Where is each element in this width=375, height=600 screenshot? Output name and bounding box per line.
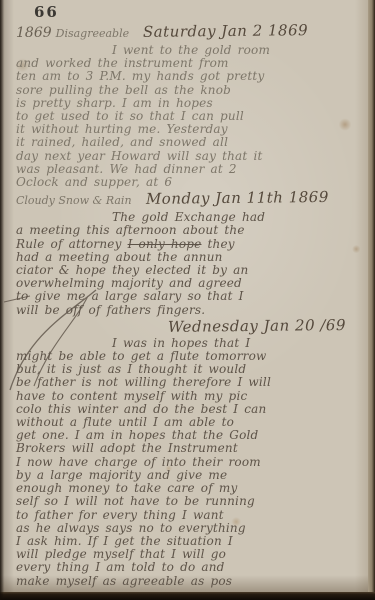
journal-entry-jan-2: 1869 Disagreeable Saturday Jan 2 1869 I … <box>16 22 359 189</box>
journal-line: self so I will not have to be running <box>16 495 359 508</box>
year-note: 1869 <box>16 23 52 43</box>
journal-line: sore pulling the bell as the knob <box>16 84 359 97</box>
entry-header: 1869 Disagreeable Saturday Jan 2 1869 <box>16 22 359 44</box>
entry-header: Cloudy Snow & Rain Monday Jan 11th 1869 <box>16 189 359 211</box>
entry-body: I was in hopes that Imight be able to ge… <box>16 337 359 588</box>
margin-notes: Cloudy Snow & Rain <box>16 191 132 211</box>
entry-body: I went to the gold roomand worked the in… <box>16 44 359 189</box>
entry-date: Saturday Jan 2 1869 <box>129 20 308 42</box>
journal-entry-jan-20: Wednesday Jan 20 /69 I was in hopes that… <box>16 317 359 588</box>
journal-line: Brokers will adopt the Instrument <box>16 442 359 455</box>
journal-line: as he always says no to everything <box>16 522 359 535</box>
journal-line: have to content myself with my pic <box>16 390 359 403</box>
entry-date: Monday Jan 11th 1869 <box>131 187 328 209</box>
entry-body: The gold Exchange hada meeting this afte… <box>16 211 359 317</box>
journal-line: day next year Howard will say that it <box>16 150 359 163</box>
diary-page: 66 1869 Disagreeable Saturday Jan 2 1869… <box>0 0 375 593</box>
margin-notes: 1869 Disagreeable <box>16 23 129 44</box>
journal-line: ten am to 3 P.M. my hands got pretty <box>16 70 359 83</box>
page-number: 66 <box>34 4 359 21</box>
journal-line: to father for every thing I want <box>16 509 359 522</box>
journal-line: it rained, hailed, and snowed all <box>16 136 359 149</box>
page-edge-bottom <box>0 592 375 600</box>
weather-note: Disagreeable <box>56 24 130 44</box>
entry-date: Wednesday Jan 20 /69 <box>154 315 346 337</box>
binding-gutter-shadow <box>0 0 4 600</box>
page-edge-right <box>368 0 375 600</box>
journal-line: Rule of attorney I only hope they <box>16 238 359 251</box>
weather-note: Cloudy Snow & Rain <box>16 191 132 211</box>
diary-photo: 66 1869 Disagreeable Saturday Jan 2 1869… <box>0 0 375 600</box>
journal-line: I now have charge of into their room <box>16 456 359 469</box>
journal-entry-jan-11: Cloudy Snow & Rain Monday Jan 11th 1869 … <box>16 189 359 317</box>
journal-line: be father is not willing therefore I wil… <box>16 376 359 389</box>
journal-line: to give me a large salary so that I <box>16 290 359 303</box>
journal-line: every thing I am told to do and <box>16 561 359 574</box>
journal-line: make myself as agreeable as pos <box>16 575 359 588</box>
entry-header: Wednesday Jan 20 /69 <box>16 317 359 337</box>
